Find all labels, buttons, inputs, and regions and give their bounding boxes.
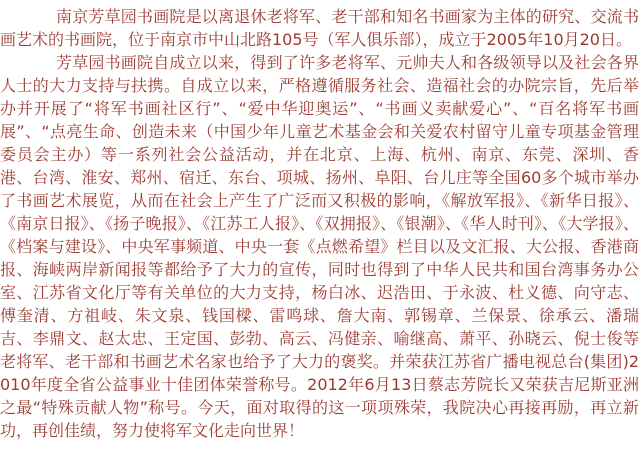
paragraph-history: 芳草园书画院自成立以来，得到了许多老将军、元帅夫人和各级领导以及社会各界人士的大… [0, 51, 639, 442]
page: { "document": { "language": "zh-CN", "te… [0, 0, 640, 459]
paragraph-intro: 南京芳草园书画院是以离退休老将军、老干部和知名书画家为主体的研究、交流书画艺术的… [0, 5, 639, 51]
article: 南京芳草园书画院是以离退休老将军、老干部和知名书画家为主体的研究、交流书画艺术的… [0, 0, 640, 459]
